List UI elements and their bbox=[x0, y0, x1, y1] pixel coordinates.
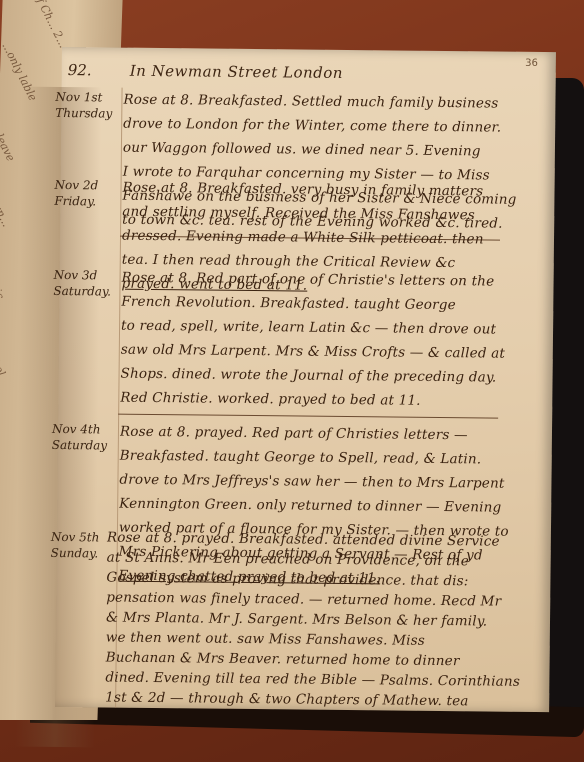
entry-body: Rose at 8. Red part of one of Christie's… bbox=[120, 266, 541, 414]
page-heading: 92. In Newman Street London bbox=[62, 61, 542, 66]
diary-page: 36 92. In Newman Street London Nov 1st T… bbox=[55, 47, 556, 712]
entry-date-day-number: Nov 1st bbox=[55, 89, 117, 106]
entry-date: Nov 3d Saturday. bbox=[53, 267, 115, 300]
entry-weekday: Thursday bbox=[55, 105, 117, 122]
entry-weekday: Saturday bbox=[52, 437, 114, 454]
heading-place: In Newman Street London bbox=[130, 62, 343, 82]
page-number: 36 bbox=[525, 58, 538, 69]
entry-line: Red Christie. worked. prayed to bed at 1… bbox=[120, 386, 540, 414]
entry-weekday: Sunday. bbox=[51, 545, 113, 562]
entry-date: Nov 4th Saturday bbox=[52, 421, 114, 454]
entry-date-day-number: Nov 5th bbox=[51, 529, 113, 546]
entry-date-day-number: Nov 3d bbox=[54, 267, 116, 284]
entry-weekday: Saturday. bbox=[53, 283, 115, 300]
photo-scene: of Ch... 2... ...only lable The leave No… bbox=[0, 0, 584, 762]
diary-entry: Nov 4th Saturday Rose at 8. prayed. Red … bbox=[58, 419, 548, 424]
entry-weekday: Friday. bbox=[54, 193, 116, 210]
entry-date: Nov 1st Thursday bbox=[55, 89, 117, 122]
entry-body: Rose at 8. prayed. Breakfasted. attended… bbox=[105, 527, 547, 712]
diary-entry: Nov 1st Thursday Rose at 8. Breakfasted.… bbox=[62, 87, 552, 92]
entry-separator bbox=[118, 414, 498, 419]
entry-date: Nov 2d Friday. bbox=[54, 177, 116, 210]
entry-date: Nov 5th Sunday. bbox=[51, 529, 113, 562]
entry-date-day-number: Nov 4th bbox=[52, 421, 114, 438]
entry-date-day-number: Nov 2d bbox=[54, 177, 116, 194]
heading-year: 92. bbox=[68, 61, 92, 79]
